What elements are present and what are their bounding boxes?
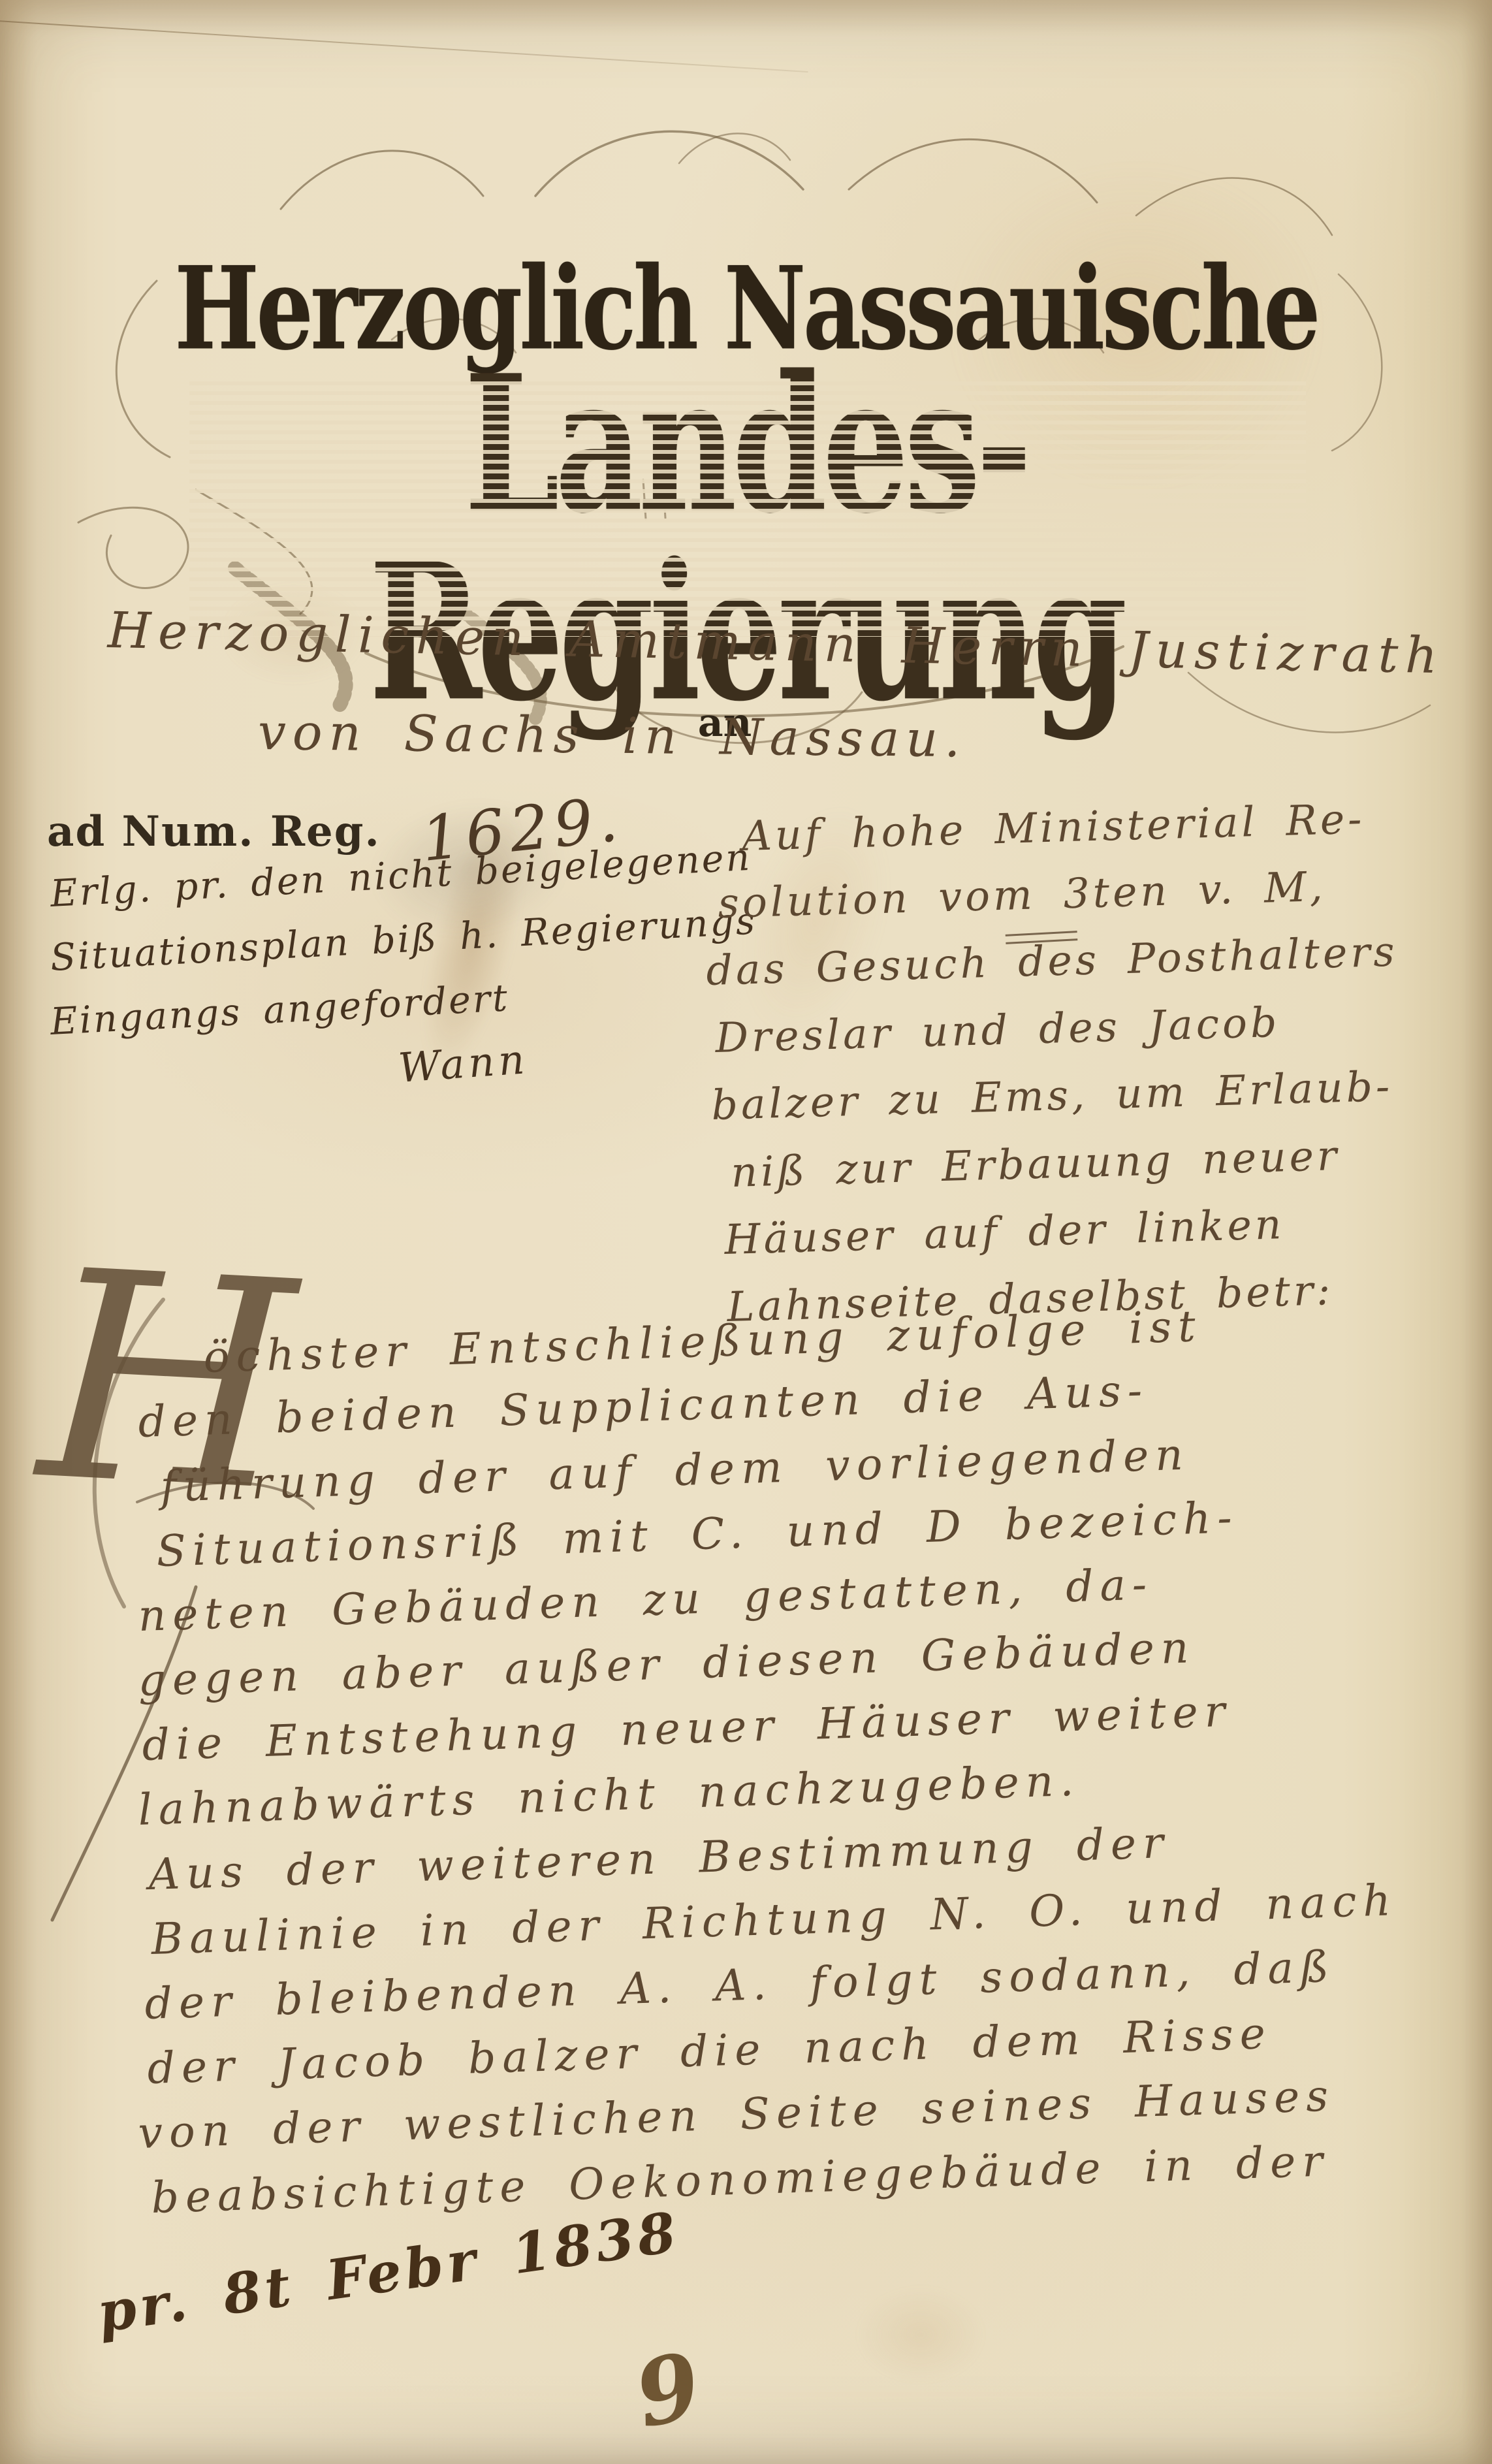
marginal-note-signature: Wann [397,1035,530,1092]
folio-number: 9 [626,2331,710,2448]
marginal-note: Erlg. pr. den nicht beigelegenen Situati… [51,872,730,1064]
header-title-hatch-overlay [189,376,1306,637]
body-right-column: Auf hohe Ministerial Re- solution vom 3t… [706,812,1492,1351]
registry-label: ad Num. Reg. [47,807,381,856]
body-paragraph: öchster Entschließung zufolge ist den be… [138,1332,1492,2237]
document-scan: Herzoglich Nassauische Landes-Regierung … [0,0,1492,2464]
paper-stain [829,2266,1012,2403]
addressee-line-2: von Sachs in Nassau. [258,703,967,768]
